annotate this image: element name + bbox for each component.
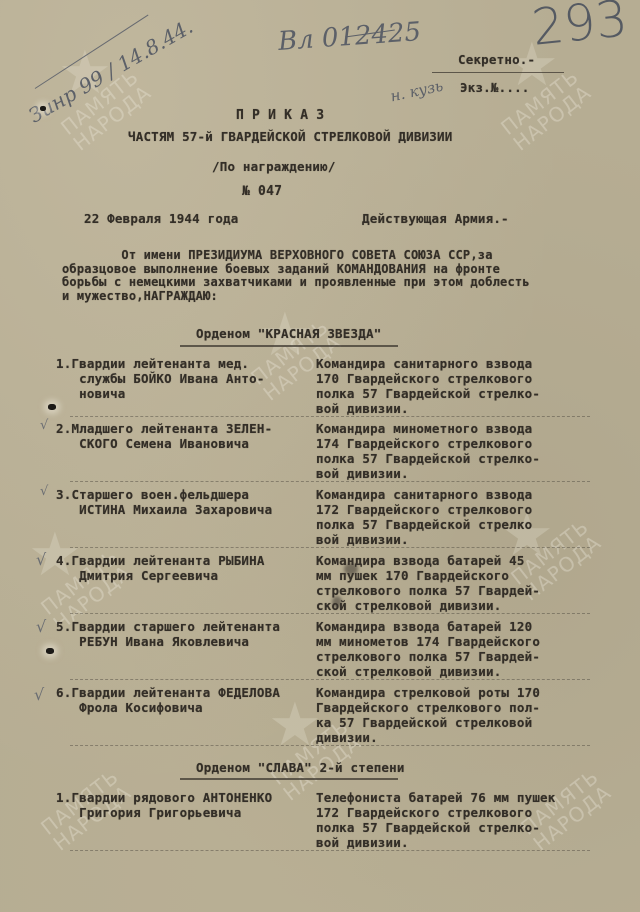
recipient-name-line: Дмитрия Сергеевича xyxy=(56,568,311,583)
punch-hole xyxy=(40,106,46,111)
entry-separator xyxy=(70,679,590,680)
recipient-position-line: вой дивизии. xyxy=(316,466,606,481)
recipient-position-line: стрелкового полка 57 Гвардей- xyxy=(316,649,606,664)
document-page: ★ ПАМЯТЬ НАРОДА ★ ПАМЯТЬ НАРОДА ★ ПАМЯТЬ… xyxy=(0,0,640,912)
punch-hole xyxy=(46,648,54,654)
preamble-line: и мужество,НАГРАЖДАЮ: xyxy=(62,290,530,304)
recipient-position-line: ской стрелковой дивизии. xyxy=(316,598,606,613)
recipient-position-line: вой дивизии. xyxy=(316,835,606,850)
ink-stain xyxy=(344,563,358,575)
recipient-name-line: 5.Гвардии старшего лейтенанта xyxy=(56,619,311,634)
recipient-name-line: новича xyxy=(56,386,311,401)
recipient-position: Командира санитарного взвода172 Гвардейс… xyxy=(316,487,606,547)
recipient-name: 1.Гвардии рядового АНТОНЕНКО Григория Гр… xyxy=(56,790,311,820)
copy-note: н. кузь xyxy=(389,77,445,106)
entry-separator xyxy=(70,547,590,548)
recipient-position: Командира взвода батарей 120мм минометов… xyxy=(316,619,606,679)
recipient-position-line: полка 57 Гвардейской стрелко- xyxy=(316,820,606,835)
entry-separator xyxy=(70,745,590,746)
recipient-name-line: 3.Старшего воен.фельдшера xyxy=(56,487,311,502)
check-mark-icon: √ xyxy=(34,685,44,704)
recipient-position-line: 174 Гвардейского стрелкового xyxy=(316,436,606,451)
recipient-position-line: Командира стрелковой роты 170 xyxy=(316,685,606,700)
recipient-position-line: ской стрелковой дивизии. xyxy=(316,664,606,679)
check-mark-icon: √ xyxy=(36,617,46,636)
recipient-position-line: 172 Гвардейского стрелкового xyxy=(316,805,606,820)
check-mark-icon: √ xyxy=(36,550,46,569)
recipient-position-line: 172 Гвардейского стрелкового xyxy=(316,502,606,517)
recipient-name: 3.Старшего воен.фельдшера ИСТИНА Михаила… xyxy=(56,487,311,517)
recipient-name-line: Григория Григорьевича xyxy=(56,805,311,820)
recipient-position-line: 170 Гвардейского стрелкового xyxy=(316,371,606,386)
recipient-name-line: службы БОЙКО Ивана Анто- xyxy=(56,371,311,386)
recipient-position-line: ка 57 Гвардейской стрелковой xyxy=(316,715,606,730)
entry-separator xyxy=(70,613,590,614)
recipient-position-line: полка 57 Гвардейской стрелко- xyxy=(316,386,606,401)
award-heading-underline xyxy=(180,778,398,780)
archive-number: Вл 012425 xyxy=(277,17,422,57)
recipient-name-line: 1.Гвардии рядового АНТОНЕНКО xyxy=(56,790,311,805)
page-title: П Р И К А З xyxy=(236,108,324,123)
check-mark-icon: √ xyxy=(40,484,48,499)
award-heading-underline xyxy=(180,345,398,347)
preamble-line: образцовое выполнение боевых заданий КОМ… xyxy=(62,263,530,277)
order-date: 22 Февраля 1944 года xyxy=(84,211,239,226)
recipient-position-line: мм пушек 170 Гвардейского xyxy=(316,568,606,583)
recipient-position-line: стрелкового полка 57 Гвардей- xyxy=(316,583,606,598)
order-number: № 047 xyxy=(242,184,282,199)
recipient-name-line: СКОГО Семена Ивановича xyxy=(56,436,311,451)
preamble-line: борьбы с немецкими захватчиками и проявл… xyxy=(62,276,530,290)
recipient-position-line: Гвардейского стрелкового пол- xyxy=(316,700,606,715)
classification-underline xyxy=(432,72,564,73)
preamble: От имени ПРЕЗИДИУМА ВЕРХОВНОГО СОВЕТА СО… xyxy=(62,249,530,303)
recipient-name-line: 6.Гвардии лейтенанта ФЕДЕЛОВА xyxy=(56,685,311,700)
recipient-position-line: Командира санитарного взвода xyxy=(316,356,606,371)
recipient-name: 1.Гвардии лейтенанта мед. службы БОЙКО И… xyxy=(56,356,311,401)
recipient-position-line: полка 57 Гвардейской стрелко- xyxy=(316,451,606,466)
recipient-name-line: 2.Младшего лейтенанта ЗЕЛЕН- xyxy=(56,421,311,436)
recipient-position-line: Телефониста батарей 76 мм пушек xyxy=(316,790,606,805)
entry-separator xyxy=(70,850,590,851)
recipient-position-line: Командира взвода батарей 45 xyxy=(316,553,606,568)
recipient-position-line: Командира взвода батарей 120 xyxy=(316,619,606,634)
recipient-position-line: вой дивизии. xyxy=(316,532,606,547)
order-location: Действующая Армия.- xyxy=(362,211,509,226)
entry-separator xyxy=(70,416,590,417)
ink-stain xyxy=(332,596,342,608)
recipient-position: Командира стрелковой роты 170Гвардейског… xyxy=(316,685,606,745)
punch-hole xyxy=(48,404,56,410)
award-heading: Орденом "КРАСНАЯ ЗВЕЗДА" xyxy=(196,326,381,341)
entry-separator xyxy=(70,481,590,482)
recipient-position: Телефониста батарей 76 мм пушек172 Гвард… xyxy=(316,790,606,850)
recipient-name: 2.Младшего лейтенанта ЗЕЛЕН- СКОГО Семен… xyxy=(56,421,311,451)
recipient-name-line: 4.Гвардии лейтенанта РЫБИНА xyxy=(56,553,311,568)
award-heading: Орденом "СЛАВА" 2-й степени xyxy=(196,760,405,775)
recipient-position-line: Командира санитарного взвода xyxy=(316,487,606,502)
recipient-name: 6.Гвардии лейтенанта ФЕДЕЛОВА Фрола Коси… xyxy=(56,685,311,715)
copy-line: Экз.№.... xyxy=(460,80,530,95)
page-number: 293 xyxy=(529,0,630,57)
recipient-position-line: Командира минометного взвода xyxy=(316,421,606,436)
recipient-name-line: ИСТИНА Михаила Захаровича xyxy=(56,502,311,517)
recipient-name-line: Фрола Косифовича xyxy=(56,700,311,715)
recipient-position-line: дивизии. xyxy=(316,730,606,745)
recipient-name-line: 1.Гвардии лейтенанта мед. xyxy=(56,356,311,371)
page-subtitle: ЧАСТЯМ 57-й ГВАРДЕЙСКОЙ СТРЕЛКОВОЙ ДИВИЗ… xyxy=(128,129,452,144)
recipient-position-line: полка 57 Гвардейской стрелко xyxy=(316,517,606,532)
recipient-position: Командира взвода батарей 45мм пушек 170 … xyxy=(316,553,606,613)
classification: Секретно.- xyxy=(458,52,535,67)
check-mark-icon: √ xyxy=(40,418,48,433)
recipient-position: Командира санитарного взвода170 Гвардейс… xyxy=(316,356,606,416)
preamble-line: От имени ПРЕЗИДИУМА ВЕРХОВНОГО СОВЕТА СО… xyxy=(62,249,530,263)
recipient-name-line: РЕБУН Ивана Яковлевича xyxy=(56,634,311,649)
recipient-position: Командира минометного взвода174 Гвардейс… xyxy=(316,421,606,481)
recipient-name: 5.Гвардии старшего лейтенанта РЕБУН Иван… xyxy=(56,619,311,649)
purpose: /По награждению/ xyxy=(212,159,336,174)
recipient-name: 4.Гвардии лейтенанта РЫБИНА Дмитрия Серг… xyxy=(56,553,311,583)
recipient-position-line: мм минометов 174 Гвардейского xyxy=(316,634,606,649)
recipient-position-line: вой дивизии. xyxy=(316,401,606,416)
